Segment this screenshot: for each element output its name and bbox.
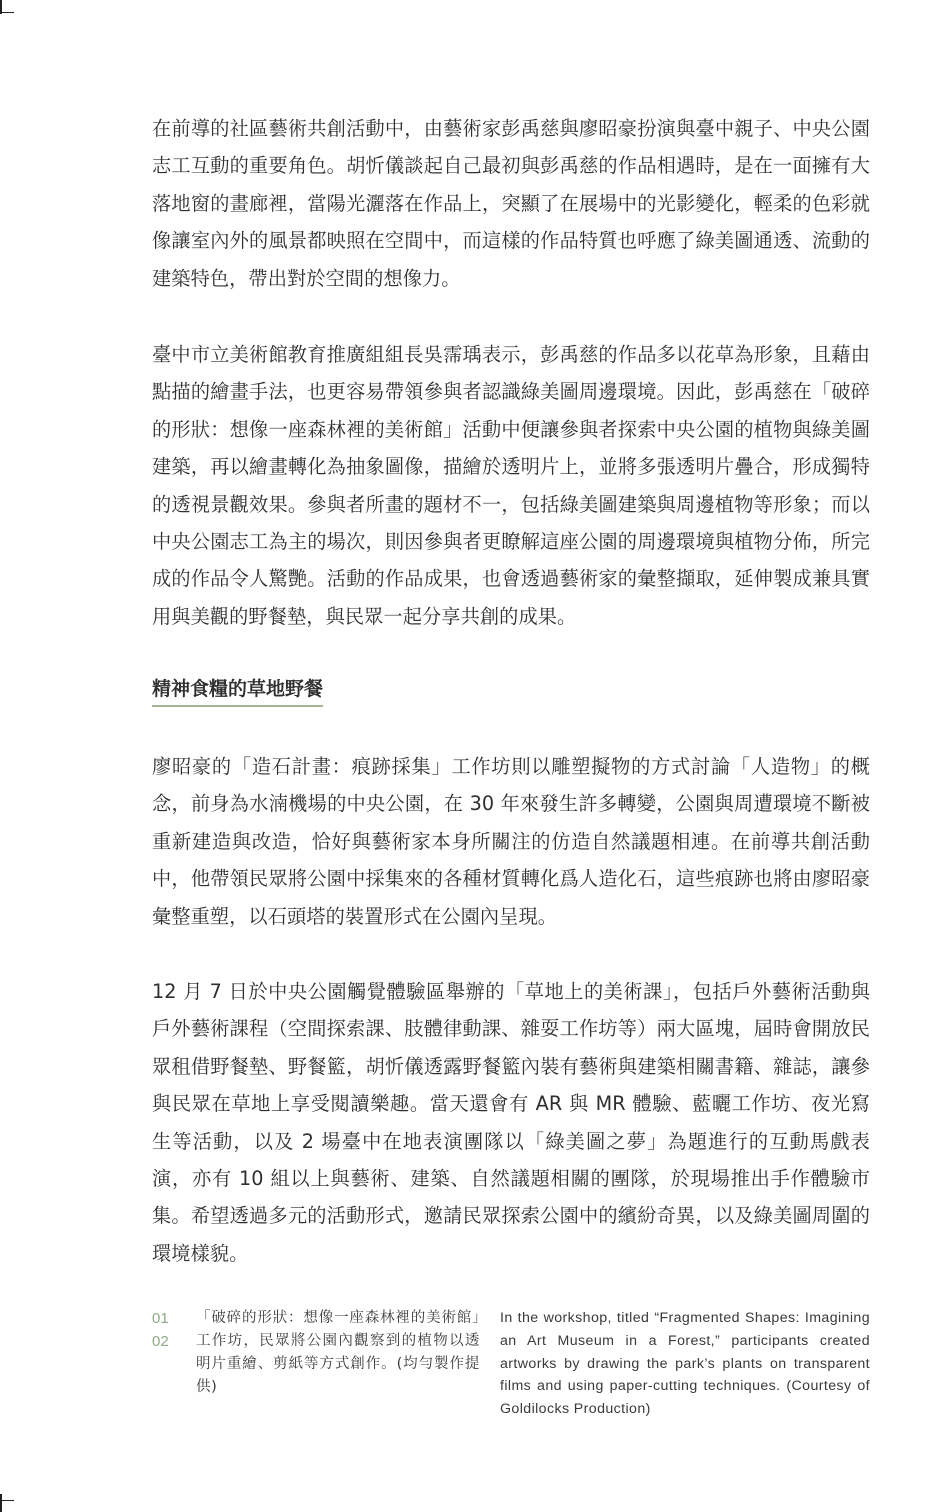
caption-figure-numbers: 01 02 (152, 1307, 169, 1353)
crop-mark-bottom-vertical (0, 1494, 2, 1512)
paragraph-2: 臺中市立美術館教育推廣組組長吳霈瑀表示，彭禹慈的作品多以花草為形象，且藉由點描的… (152, 336, 870, 635)
paragraph-3: 廖昭豪的「造石計畫：痕跡採集」工作坊則以雕塑擬物的方式討論「人造物」的概念，前身… (152, 748, 870, 935)
section-heading: 精神食糧的草地野餐 (152, 676, 323, 707)
crop-mark-top-horizontal (0, 12, 14, 13)
figure-number-01: 01 (152, 1307, 169, 1330)
figure-number-02: 02 (152, 1330, 169, 1353)
caption-english: In the workshop, titled “Fragmented Shap… (500, 1307, 870, 1421)
crop-mark-bottom-horizontal (0, 1500, 14, 1501)
paragraph-4: 12 月 7 日於中央公園觸覺體驗區舉辦的「草地上的美術課」，包括戶外藝術活動與… (152, 973, 870, 1272)
paragraph-1: 在前導的社區藝術共創活動中，由藝術家彭禹慈與廖昭豪扮演與臺中親子、中央公園志工互… (152, 110, 870, 297)
caption-chinese: 「破碎的形狀：想像一座森林裡的美術館」工作坊，民眾將公園內觀察到的植物以透明片重… (196, 1307, 480, 1399)
